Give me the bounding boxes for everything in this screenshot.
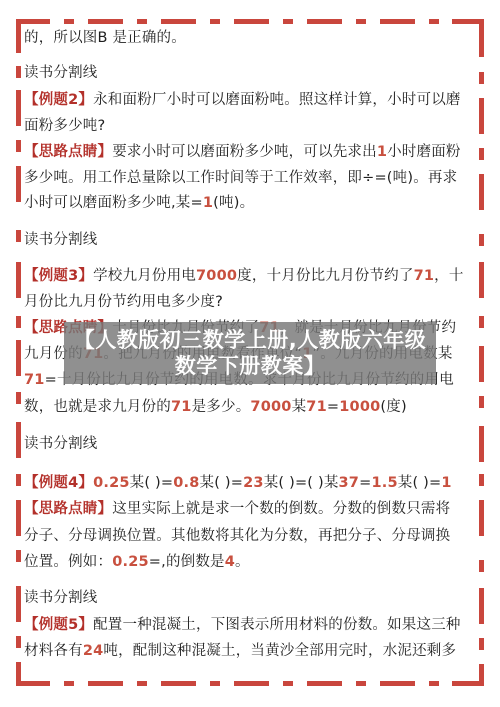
text-span: 读书分割线 (24, 436, 98, 452)
highlighted-number: 71 (171, 399, 192, 415)
text-span: 材料各有 (24, 643, 83, 659)
example-tag-label: 【例题3】 (24, 268, 93, 284)
text-span: 某( )= (398, 475, 442, 491)
text-span: 读书分割线 (24, 590, 98, 606)
highlighted-number: 1 (441, 475, 451, 491)
text-span: 。 (235, 554, 250, 570)
text-span: 读书分割线 (24, 232, 98, 248)
section-divider-label: 读书分割线 (24, 434, 476, 454)
text-span: 配置一种混凝土，下图表示所用材料的份数。如果这三种 (93, 617, 461, 633)
text-span: (度) (380, 399, 406, 415)
text-line: 材料各有24吨，配制这种混凝土，当黄沙全部用完时，水泥还剩多 (24, 641, 476, 661)
text-span: 要求小时可以磨面粉多少吨，可以先求出 (112, 144, 377, 160)
text-line: 面粉多少吨? (24, 116, 476, 136)
highlighted-number: 1000 (339, 399, 380, 415)
text-line: 的，所以图B 是正确的。 (24, 28, 476, 48)
text-span: 某( )= (130, 475, 174, 491)
highlighted-number: 4 (225, 554, 235, 570)
banner-title-line-2: 数学下册教案】 (175, 353, 326, 379)
highlighted-number: 0.25 (93, 475, 130, 491)
example-tag-label: 【例题4】 (24, 475, 93, 491)
text-span: 小时可以磨面粉多少吨,某= (24, 195, 203, 211)
example-tag-label: 【思路点睛】 (24, 144, 112, 160)
banner-title-line-1: 【人教版初三数学上册,人教版六年级 (74, 327, 426, 353)
section-divider-label: 读书分割线 (24, 63, 476, 83)
text-span: 学校九月份用电 (93, 268, 196, 284)
highlighted-number: 23 (243, 475, 264, 491)
text-span: 这里实际上就是求一个数的倒数。分数的倒数只需将 (112, 501, 450, 517)
highlighted-number: 71 (306, 399, 327, 415)
text-span: 的，所以图B 是正确的。 (24, 30, 186, 46)
text-span: ，十 (434, 268, 463, 284)
text-span: 分子、分母调换位置。其他数将其化为分数，再把分子、分母调换 (24, 528, 450, 544)
text-span: 某( )=( )某 (264, 475, 339, 491)
text-span: 数，也就是求九月份的 (24, 399, 171, 415)
highlighted-number: 1 (377, 144, 387, 160)
text-line: 【例题5】配置一种混凝土，下图表示所用材料的份数。如果这三种 (24, 615, 476, 635)
highlighted-number: 1 (203, 195, 213, 211)
text-line: 数，也就是求九月份的71是多少。7000某71=1000(度) (24, 397, 476, 417)
highlighted-number: 0.25 (112, 554, 149, 570)
text-span: = (327, 399, 339, 415)
text-span: =,的倒数是 (149, 554, 225, 570)
text-span: 是多少。 (192, 399, 251, 415)
text-line: 【例题4】0.25某( )=0.8某( )=23某( )=( )某37=1.5某… (24, 473, 476, 493)
section-divider-label: 读书分割线 (24, 230, 476, 250)
text-span: 多少吨。用工作总量除以工作时间等于工作效率，即÷=(吨)。再求 (24, 170, 457, 186)
text-span: 某( )= (200, 475, 244, 491)
text-span: 永和面粉厂小时可以磨面粉吨。照这样计算，小时可以磨 (93, 92, 461, 108)
title-overlay-banner: 【人教版初三数学上册,人教版六年级 数学下册教案】 (64, 322, 436, 384)
text-line: 【思路点睛】这里实际上就是求一个数的倒数。分数的倒数只需将 (24, 499, 476, 519)
text-line: 【例题2】永和面粉厂小时可以磨面粉吨。照这样计算，小时可以磨 (24, 90, 476, 110)
text-line: 【思路点睛】要求小时可以磨面粉多少吨，可以先求出1小时磨面粉 (24, 142, 476, 162)
highlighted-number: 0.8 (173, 475, 199, 491)
text-span: 读书分割线 (24, 65, 98, 81)
highlighted-number: 7000 (250, 399, 291, 415)
example-tag-label: 【思路点睛】 (24, 501, 112, 517)
text-span: (吨)。 (213, 195, 254, 211)
text-line: 位置。例如：0.25=,的倒数是4。 (24, 552, 476, 572)
text-span: 度，十月份比九月份节约了 (237, 268, 413, 284)
highlighted-number: 7000 (196, 268, 237, 284)
highlighted-number: 71 (24, 372, 45, 388)
text-line: 小时可以磨面粉多少吨,某=1(吨)。 (24, 193, 476, 213)
section-divider-label: 读书分割线 (24, 588, 476, 608)
example-tag-label: 【例题2】 (24, 92, 93, 108)
example-tag-label: 【例题5】 (24, 617, 93, 633)
text-span: 吨，配制这种混凝土，当黄沙全部用完时，水泥还剩多 (103, 643, 456, 659)
highlighted-number: 37 (339, 475, 360, 491)
highlighted-number: 24 (83, 643, 104, 659)
text-line: 月份比九月份节约用电多少度? (24, 292, 476, 312)
text-span: 位置。例如： (24, 554, 112, 570)
text-line: 分子、分母调换位置。其他数将其化为分数，再把分子、分母调换 (24, 526, 476, 546)
text-line: 多少吨。用工作总量除以工作时间等于工作效率，即÷=(吨)。再求 (24, 168, 476, 188)
text-span: 月份比九月份节约用电多少度? (24, 294, 223, 310)
text-span: = (359, 475, 371, 491)
text-span: 小时磨面粉 (387, 144, 461, 160)
text-line: 【例题3】学校九月份用电7000度，十月份比九月份节约了71，十 (24, 266, 476, 286)
text-span: 某 (292, 399, 307, 415)
text-span: 面粉多少吨? (24, 118, 105, 134)
highlighted-number: 71 (414, 268, 435, 284)
highlighted-number: 1.5 (371, 475, 397, 491)
